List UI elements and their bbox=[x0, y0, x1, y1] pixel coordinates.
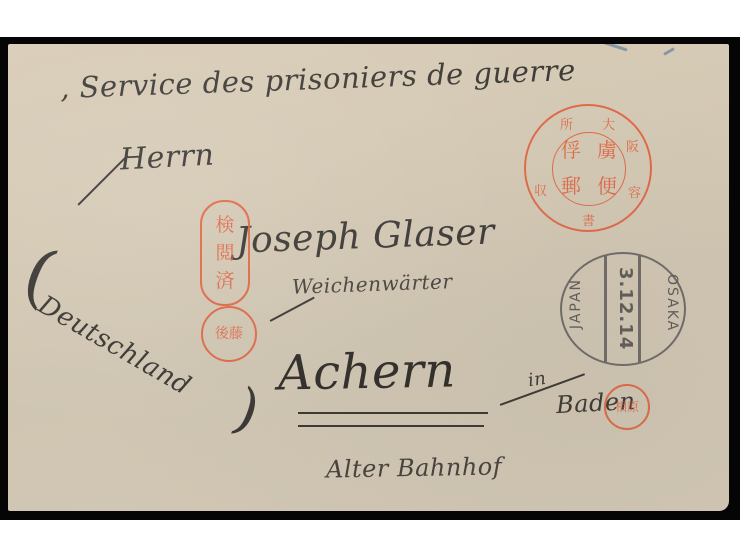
city-underline-1 bbox=[298, 412, 488, 414]
salutation: Herrn bbox=[119, 138, 215, 178]
seal-inner-ring: 俘 虜 郵 便 bbox=[552, 132, 626, 206]
destination-country: Deutschland bbox=[33, 290, 196, 401]
censor-name-seal: 後 藤 bbox=[201, 306, 257, 362]
recipient-name: Joseph Glaser bbox=[235, 211, 495, 261]
envelope: , Service des prisoniers de guerre Herrn… bbox=[8, 44, 729, 511]
city-underline-2 bbox=[298, 425, 484, 427]
seal-char: 大 bbox=[602, 114, 615, 133]
seal-char: 虜 bbox=[589, 133, 625, 169]
recipient-title: Weichenwärter bbox=[292, 269, 453, 299]
seal-char: 容 bbox=[628, 182, 641, 201]
seal-char: 所 bbox=[560, 114, 573, 133]
seal-char: 後 bbox=[215, 326, 229, 343]
service-annotation: , Service des prisoniers de guerre bbox=[60, 53, 577, 105]
close-parenthesis: ) bbox=[226, 376, 269, 445]
seal-char: 阪 bbox=[626, 136, 639, 155]
seal-char: 藤 bbox=[229, 326, 243, 343]
blue-crayon-mark bbox=[663, 47, 675, 56]
postmark-city: OSAKA bbox=[664, 274, 680, 332]
postmark-country: JAPAN bbox=[568, 278, 584, 329]
censor-oval-seal: 検 閲 済 bbox=[200, 200, 250, 306]
small-name-seal: 相 原 bbox=[604, 384, 650, 430]
seal-char: 郵 bbox=[553, 169, 589, 205]
postmark-bar bbox=[638, 256, 641, 362]
blue-crayon-mark bbox=[598, 44, 627, 52]
pow-office-seal: 大 阪 所 容 収 書 俘 虜 郵 便 bbox=[524, 104, 652, 232]
seal-char: 原 bbox=[627, 400, 639, 414]
postmark-date: 3.12.14 bbox=[606, 258, 636, 360]
seal-char: 閲 bbox=[215, 239, 234, 267]
seal-char: 俘 bbox=[553, 133, 589, 169]
osaka-postmark: 3.12.14 OSAKA JAPAN bbox=[560, 252, 686, 366]
seal-char: 書 bbox=[582, 210, 595, 229]
seal-char: 検 bbox=[215, 211, 234, 239]
seal-char: 便 bbox=[589, 169, 625, 205]
title-stroke bbox=[270, 297, 315, 322]
salutation-stroke bbox=[77, 155, 128, 206]
seal-char: 相 bbox=[615, 400, 627, 414]
seal-char: 収 bbox=[534, 180, 547, 199]
destination-city: Achern bbox=[278, 342, 457, 401]
seal-char: 済 bbox=[215, 267, 234, 295]
street-address: Alter Bahnhof bbox=[326, 452, 503, 483]
